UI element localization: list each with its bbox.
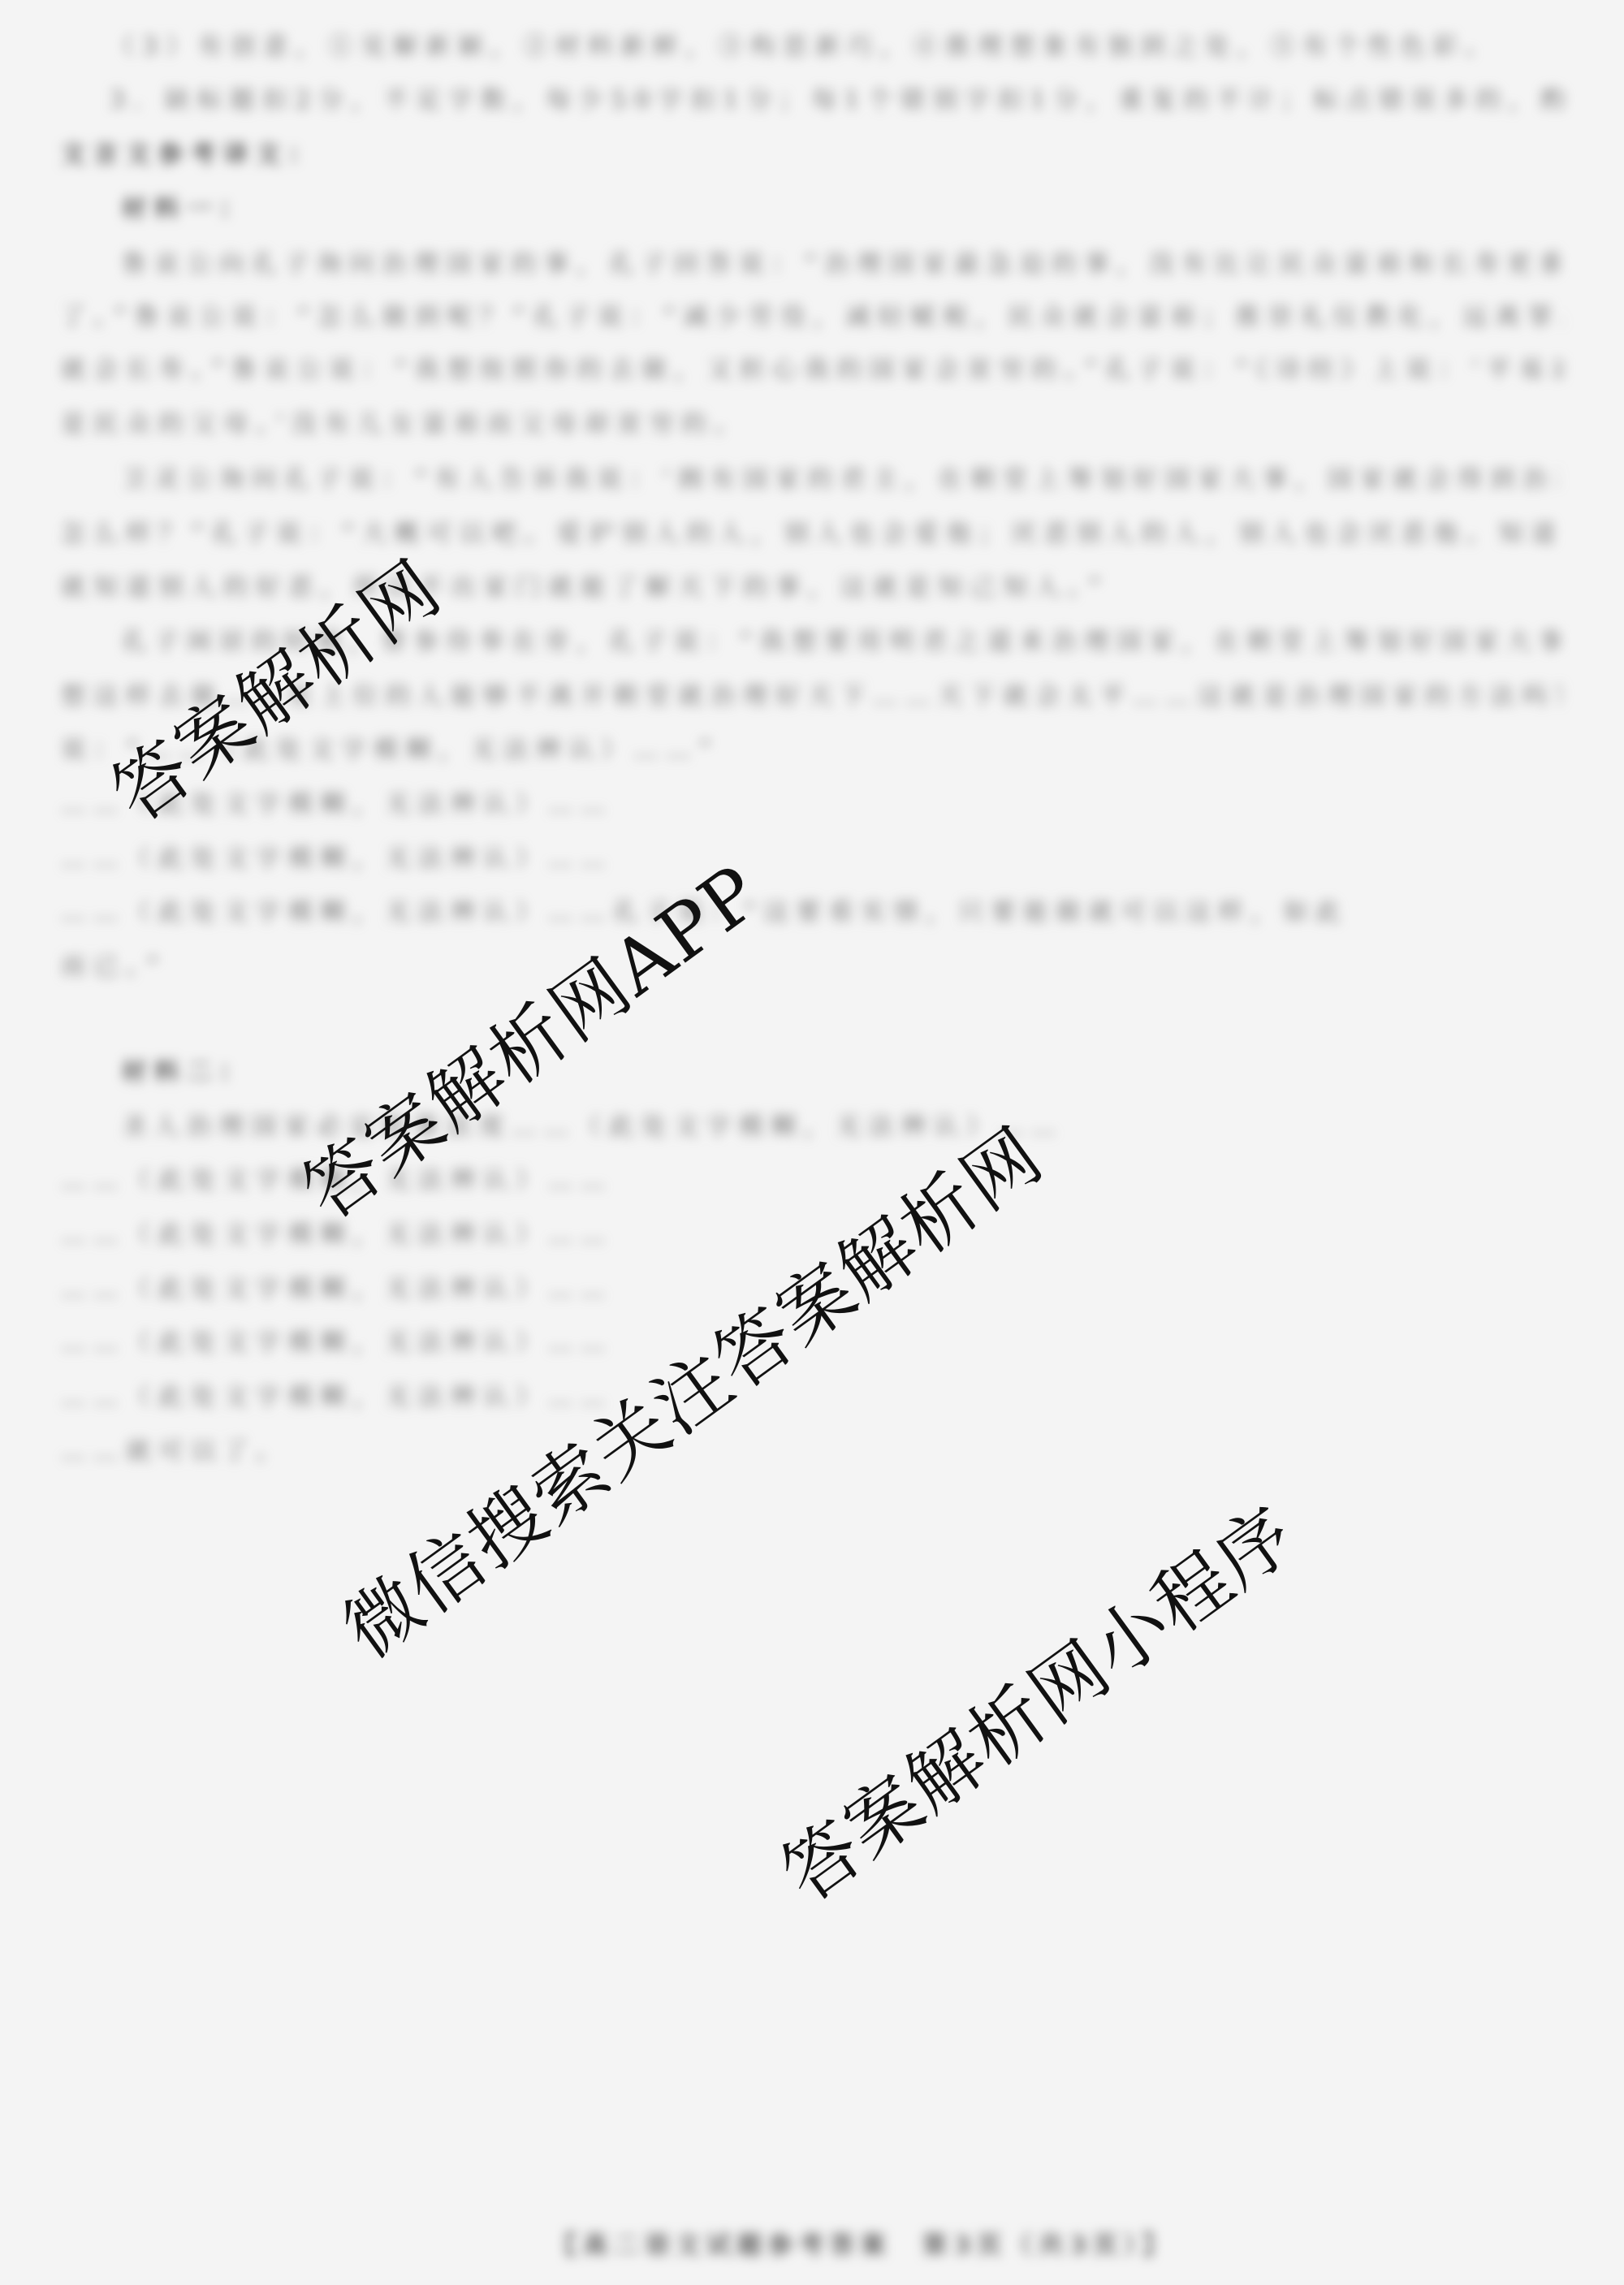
- m1-p1-line1: 鲁哀公向孔子询问治理国家的事，孔子回答说：“治理国家最急迫的事，没有比让民众富裕…: [122, 244, 1559, 279]
- section-title: 文言文参考译文：: [61, 134, 321, 170]
- document-page: （3）有创意，①见解新颖，②材料新鲜，③构思新巧，④推理想象有独到之处，⑤有个性…: [0, 0, 1624, 2285]
- m1-p3-line6: ……（此处文字模糊，无法辨认）……孔子说：“这要看实情，只要能做就可以这样，如此: [61, 892, 1563, 927]
- watermark-4: 答案解析网小程序: [757, 1476, 1314, 1922]
- m1-p3-line5: ……（此处文字模糊，无法辨认）……: [61, 838, 1563, 874]
- material-two-label: 材料二：: [122, 1052, 252, 1087]
- m1-p2-line3: 就知道别人的好恶，所以不出家门就能了解天下的事，这就是知己知人。”: [61, 567, 1255, 603]
- m2-line7: ……就可以了。: [61, 1431, 369, 1466]
- m1-p2-line2: 怎么样？”孔子说：“大概可以吧。爱护别人的人，别人也会爱他；厌恶别人的人，别人也…: [61, 513, 1563, 549]
- m1-p2-line1: 卫灵公询问孔子说：“有人告诉我说：‘拥有国家的君主，在朝堂上筹划好国家大事，国家…: [122, 459, 1559, 495]
- m1-p1-line2: 了。”鲁哀公说：“怎么做到呢？”孔子说：“减少劳役，减轻赋税，民众就会富裕；推崇…: [61, 296, 1563, 332]
- m1-p1-line3: 就会长寿。”鲁哀公说：“我想按照你的去做，又担心我的国家会贫穷的。”孔子说：“《…: [61, 349, 1563, 385]
- intro-line-2: 3. 缺标题扣2分，不足字数，每少50字扣1分；每1个错别字扣1分，重复的不计；…: [110, 80, 1571, 115]
- m1-p3-line7: 而已。”: [61, 946, 223, 982]
- page-footer: 【高二语文试题参考答案 第3页（共3页）】: [552, 2225, 1173, 2261]
- m1-p3-line4: ……（此处文字模糊，无法辨认）……: [61, 784, 1563, 819]
- intro-line-1: （3）有创意，①见解新颖，②材料新鲜，③构思新巧，④推理想象有独到之处，⑤有个性…: [110, 26, 1571, 62]
- material-one-label: 材料一：: [122, 188, 252, 224]
- m2-line6: ……（此处文字模糊，无法辨认）……: [61, 1376, 1563, 1412]
- m1-p1-line4: 是民众的父母。’没有儿女富裕而父母却贫穷的。”: [61, 404, 727, 439]
